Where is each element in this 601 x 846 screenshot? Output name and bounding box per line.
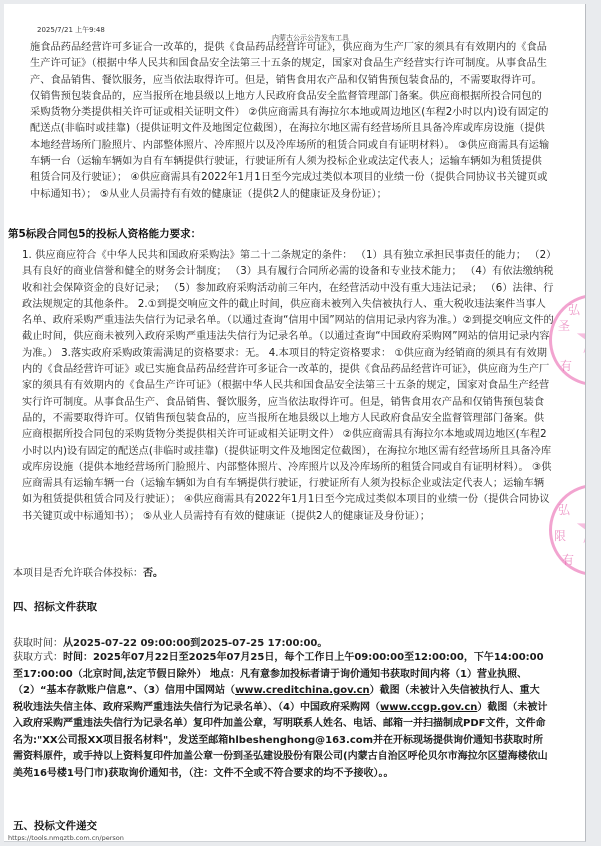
document-page: 2025/7/21 上午9:48 内蒙古公示公告发布工具 施食品药品经营许可多证… xyxy=(4,4,586,842)
lot5-requirements-body: 供应商应符合《中华人民共和国政府采购法》第二十二条规定的条件： （1）具有独立承… xyxy=(22,250,554,522)
joint-bid-row: 本项目是否允许联合体投标：否。 xyxy=(13,564,163,579)
creditchina-link[interactable]: www.creditchina.gov.cn xyxy=(235,685,370,696)
seal-star-icon: ★ xyxy=(574,317,586,361)
get-method-text-3: ）截图（未被计入政府采购严重违法失信行为记录名单）复印件加盖公章，写明联系人姓名… xyxy=(13,702,548,779)
ccgp-link[interactable]: www.ccgp.gov.cn xyxy=(380,702,477,713)
get-time-label: 获取时间： xyxy=(13,638,63,649)
lot4-requirements-continued: 施食品药品经营许可多证合一改革的，提供《食品药品经营许可证》，供应商为生产厂家的… xyxy=(30,40,550,203)
company-seal-stamp: ★ 弘 有 限 xyxy=(549,484,586,576)
seal-char: 弘 xyxy=(558,501,570,518)
list-item-number: 1. xyxy=(22,250,32,261)
print-datetime: 2025/7/21 上午9:48 xyxy=(37,25,105,35)
joint-bid-label: 本项目是否允许联合体投标： xyxy=(13,568,143,579)
section5-heading: 五、投标文件递交 xyxy=(13,818,97,833)
seal-star-icon: ★ xyxy=(574,507,586,551)
lot5-requirements-list: 1. 供应商应符合《中华人民共和国政府采购法》第二十二条规定的条件： （1）具有… xyxy=(22,248,554,525)
lot5-heading: 第5标段合同包5的投标人资格能力要求： xyxy=(8,226,201,241)
get-time-row: 获取时间：从2025-07-22 09:00:00到2025-07-25 17:… xyxy=(13,634,327,649)
seal-char: 限 xyxy=(554,527,566,544)
footer-url: https://tools.nmgztb.com.cn/person xyxy=(8,834,124,842)
get-method-label: 获取方式： xyxy=(13,652,63,663)
company-seal-stamp: ★ 圣 弘 有 xyxy=(549,294,586,386)
get-time-value: 从2025-07-22 09:00:00到2025-07-25 17:00:00… xyxy=(63,638,327,649)
section4-heading: 四、招标文件获取 xyxy=(13,599,97,614)
joint-bid-value: 否。 xyxy=(143,568,163,579)
seal-char: 圣 xyxy=(558,317,570,334)
seal-char: 有 xyxy=(560,357,572,374)
get-method-paragraph: 获取方式：时间：2025年07月22日至2025年07月25日，每个工作日上午0… xyxy=(13,650,548,782)
seal-char: 弘 xyxy=(568,301,580,318)
seal-char: 有 xyxy=(562,551,574,568)
